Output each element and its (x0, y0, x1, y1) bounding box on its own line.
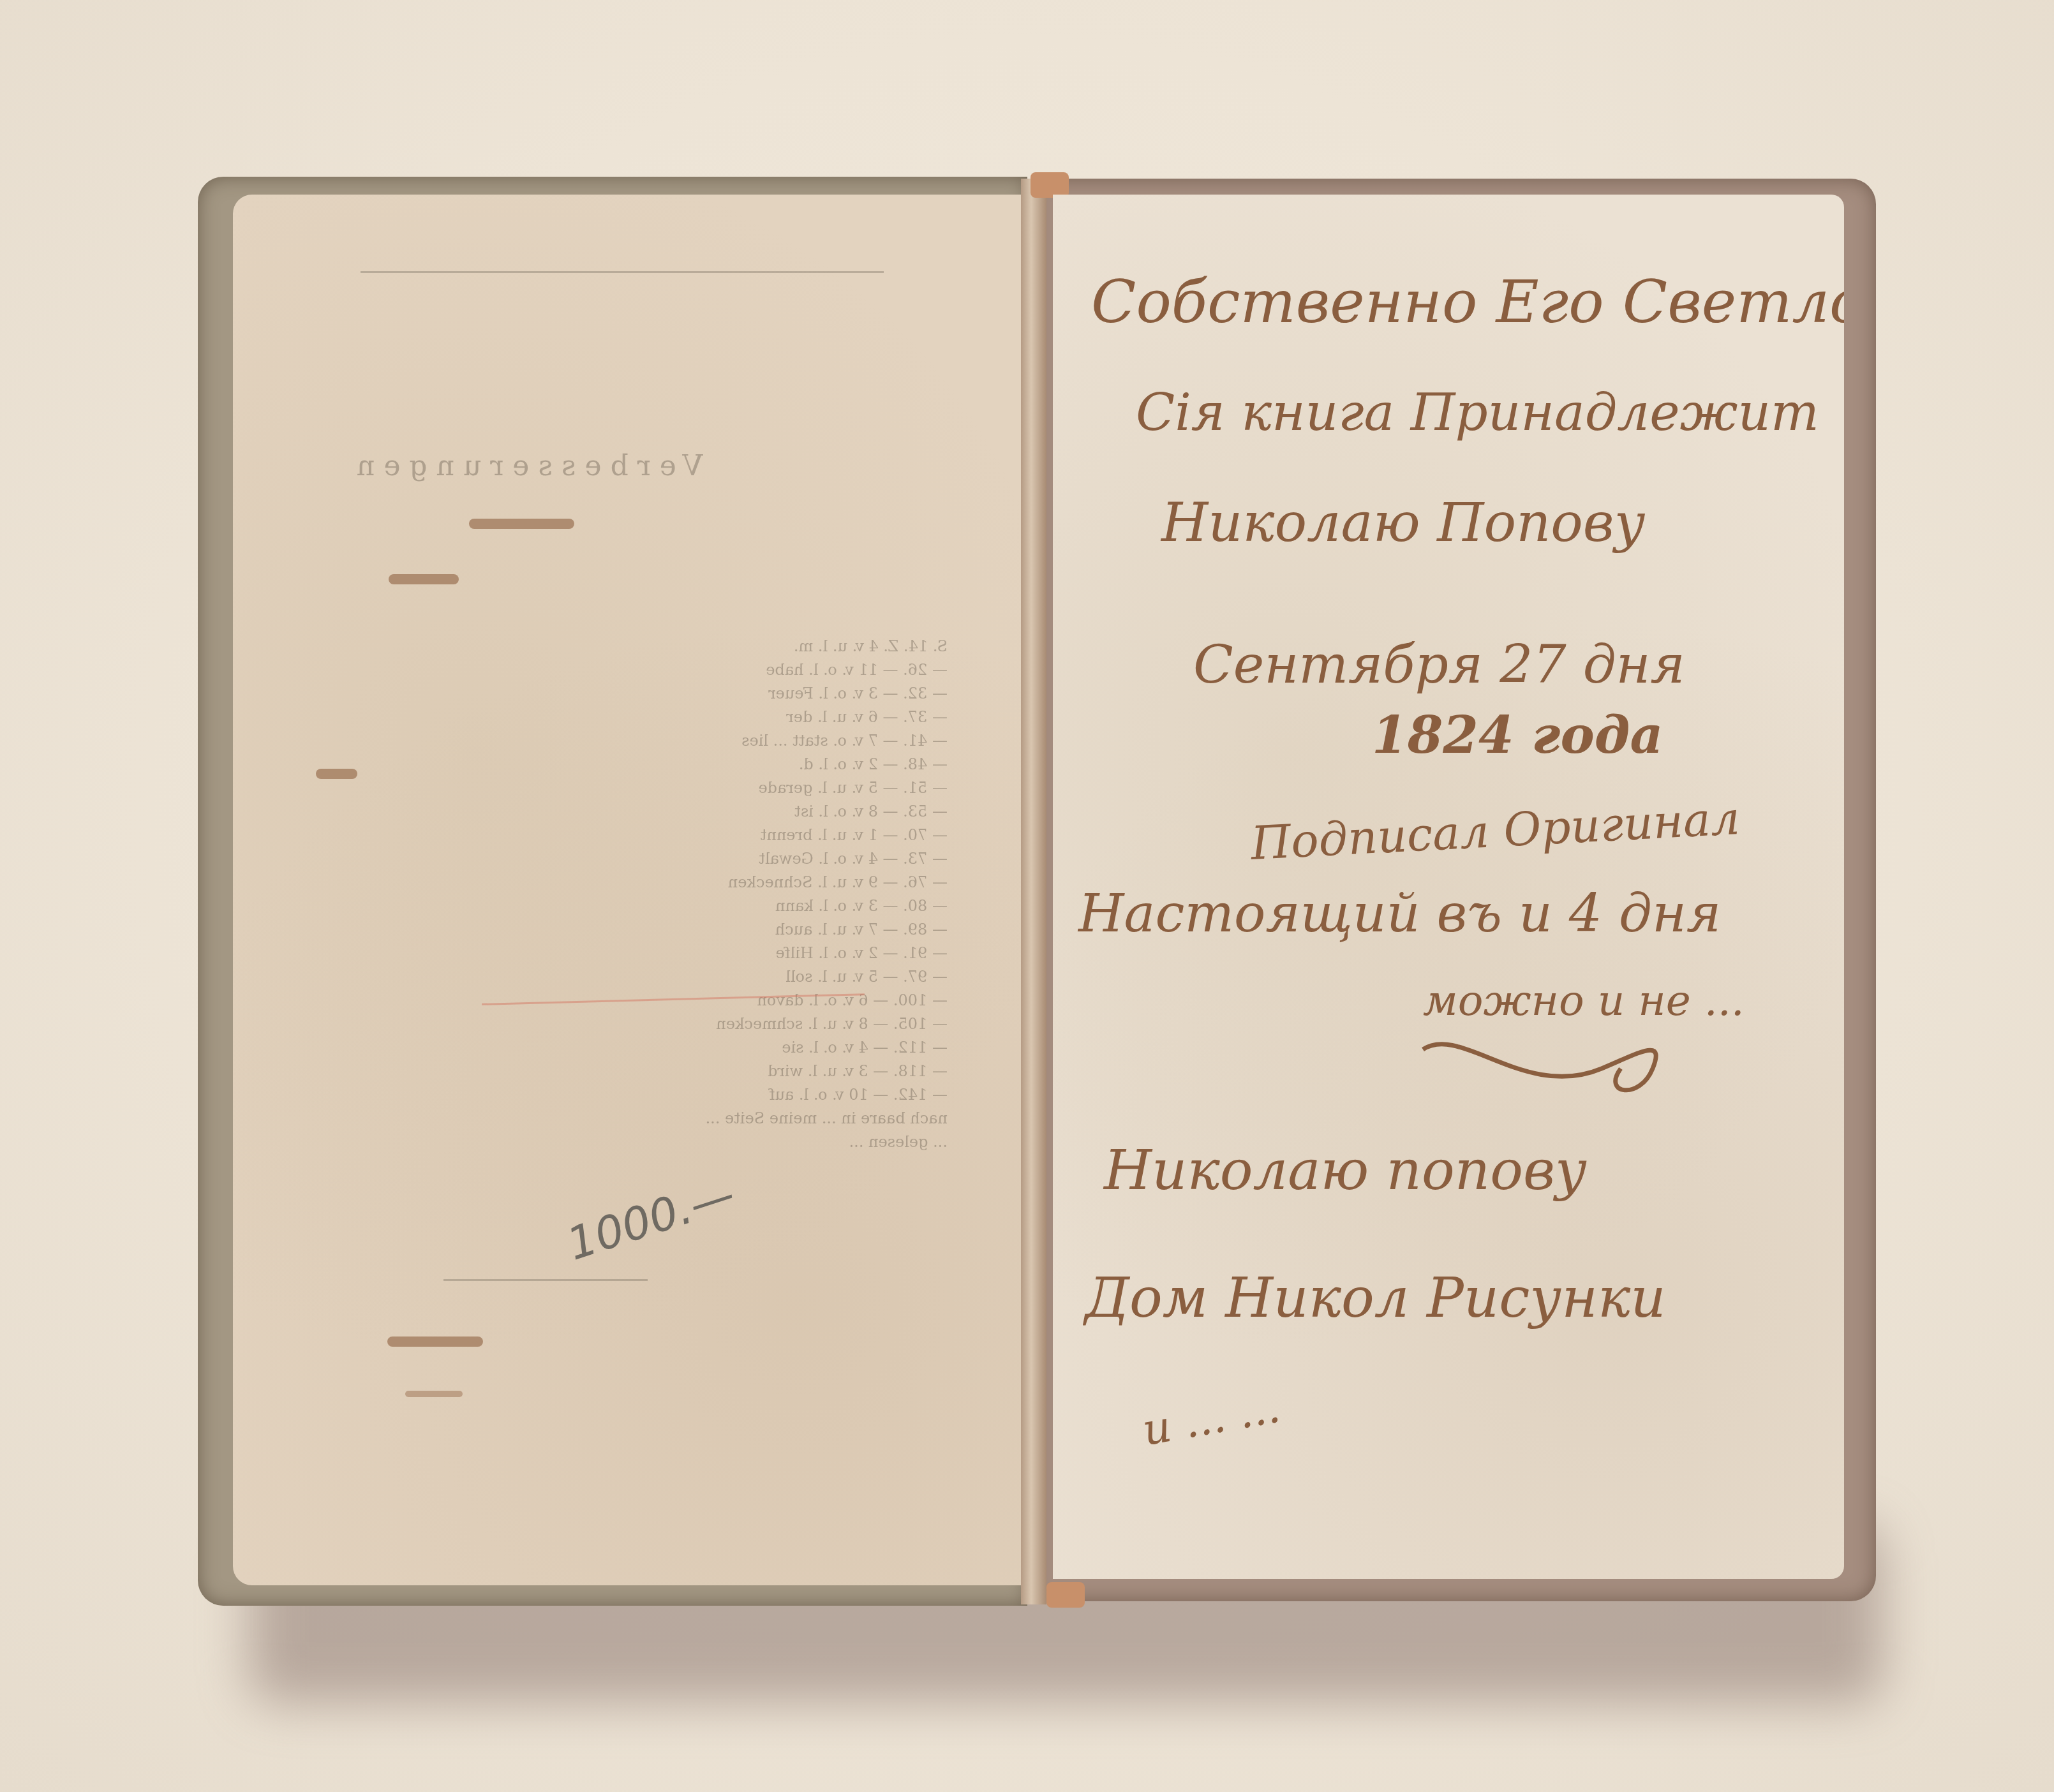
ink-stroke (387, 1337, 483, 1347)
bleed-through-errata-table: S. 14. Z. 4 v. u. l. m. — 26. — 11 v. o.… (335, 635, 948, 1154)
inscription-line-6: Подписал Оригинал (1249, 791, 1741, 870)
bleed-row: — 51. — 5 v. u. l. gerade (335, 776, 948, 800)
inscription-line-9: Николаю попову (1104, 1139, 1587, 1203)
bleed-row: — 73. — 4 v. o. l. Gewalt (335, 847, 948, 871)
inscription-line-8: можно и не ... (1423, 976, 1745, 1025)
ink-stroke (405, 1391, 463, 1397)
ink-stroke (389, 574, 459, 584)
left-page: Verbesserungen S. 14. Z. 4 v. u. l. m. —… (233, 195, 1040, 1585)
inscription-line-5: 1824 года (1372, 705, 1663, 765)
bleed-row: — 105. — 8 v. u. l. schmecken (335, 1012, 948, 1036)
inscription-line-1: Собственно Его Светлости (1091, 268, 1844, 336)
open-book: Verbesserungen S. 14. Z. 4 v. u. l. m. —… (198, 169, 1876, 1617)
bleed-row: — 89. — 7 v. u. l. auch (335, 918, 948, 942)
bleed-bottom-rule (443, 1279, 648, 1281)
bleed-row: — 80. — 3 v. o. l. kann (335, 894, 948, 918)
bleed-row: — 53. — 8 v. o. l. ist (335, 800, 948, 824)
inscription-line-10: Дом Никол Рисунки (1085, 1266, 1666, 1330)
bleed-row: — 32. — 3 v. o. l. Feuer (335, 682, 948, 706)
pencil-note-1000: 1000.— (561, 1167, 741, 1271)
headband-top (1031, 172, 1069, 198)
bleed-row: — 118. — 3 v. u. l. wird (335, 1060, 948, 1083)
inscription-line-2: Сія книга Принадлежит (1136, 383, 1819, 442)
inscription-line-11: и ... ... (1139, 1382, 1284, 1456)
bleed-row: S. 14. Z. 4 v. u. l. m. (335, 635, 948, 658)
bleed-row: — 70. — 1 v. u. l. brennt (335, 824, 948, 847)
bleed-through-heading: Verbesserungen (348, 450, 703, 482)
book-spine-gutter (1021, 179, 1046, 1604)
inscription-line-7: Настоящий въ и 4 дня (1078, 884, 1721, 944)
bleed-row: nach baare in ... meine Seite ... (335, 1107, 948, 1130)
inscription-line-4: Сентября 27 дня (1193, 635, 1685, 695)
bleed-row: — 41. — 7 v. o. statt ... lies (335, 729, 948, 753)
bleed-row: — 37. — 6 v. u. l. der (335, 706, 948, 729)
bleed-row: — 112. — 4 v. o. l. sie (335, 1036, 948, 1060)
bleed-row: — 97. — 5 v. u. l. soll (335, 965, 948, 989)
inscription-line-3: Николаю Попову (1161, 491, 1645, 554)
bleed-row: ... gelesen ... (335, 1130, 948, 1154)
bleed-top-rule (361, 271, 884, 273)
ink-stroke (469, 519, 574, 529)
headband-bottom (1046, 1582, 1085, 1608)
bleed-row: — 26. — 11 v. o. l. habe (335, 658, 948, 682)
bleed-row: — 48. — 2 v. o. l. d. (335, 753, 948, 776)
bleed-row: — 76. — 9 v. u. l. Schnecken (335, 871, 948, 894)
right-page: Собственно Его Светлости Сія книга Прина… (1053, 195, 1844, 1579)
ink-flourish (1410, 1024, 1678, 1107)
bleed-row: — 142. — 10 v. o. l. auf (335, 1083, 948, 1107)
bleed-row: — 91. — 2 v. o. l. Hilfe (335, 942, 948, 965)
